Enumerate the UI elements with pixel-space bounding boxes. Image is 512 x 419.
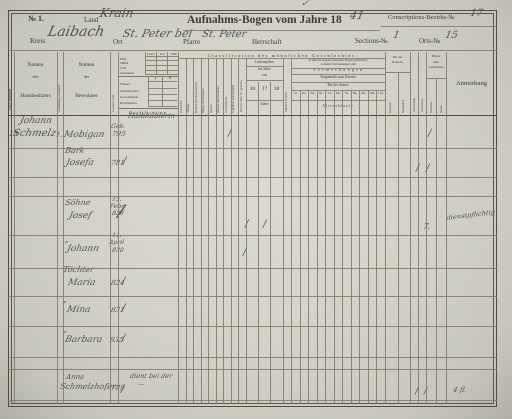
vormerk-col-0: 1te — [291, 92, 300, 96]
bezirk-value: 17 — [469, 9, 484, 19]
stand-row-4: Hausbesitzer — [120, 101, 148, 107]
vormerk-foot: Altersklasse — [291, 104, 385, 108]
pferde-head1: Pferde — [426, 55, 446, 59]
pfarre-value: St. Peter — [201, 30, 247, 40]
grid-line-horizontal — [178, 58, 385, 59]
grid-line-horizontal — [8, 196, 497, 197]
check-mark: ✓ — [300, 0, 309, 9]
orts-value: 15 — [444, 31, 459, 41]
resident-name: Mobigan — [63, 131, 105, 140]
resident-name: Anna — [65, 374, 85, 381]
conscription-sheet: № 1. Land Krain ✓ Aufnahms-Bogen vom Jah… — [0, 0, 512, 419]
grid-line-vertical — [208, 58, 209, 404]
grid-line-vertical — [283, 58, 284, 404]
belagstand-grid: Lebd. Tod 1840 Ehen Militär Civil Zusamm… — [118, 52, 179, 77]
col-haus-nummer: Haus-Nummer — [9, 58, 13, 110]
vormerk-col-6: 7te — [342, 92, 351, 96]
leb-sub2: von — [246, 74, 283, 78]
grid-line-vertical — [57, 52, 58, 404]
resident-name: Barbara — [64, 336, 103, 345]
grid-line-vertical — [223, 58, 224, 404]
grid-line-horizontal — [291, 82, 385, 83]
grid-line-vertical — [446, 52, 447, 404]
grid-line-vertical — [291, 58, 292, 404]
col-residents-l1: Namen — [63, 62, 110, 68]
col-abwesende: Abwesende — [413, 57, 416, 112]
grid-line-horizontal — [8, 400, 497, 401]
owner-name-line2: Schmelz — [12, 129, 57, 139]
grid-line-horizontal — [385, 72, 410, 73]
reserve-head2: Reserve — [385, 61, 410, 65]
leb-age-col-2: 18 — [273, 86, 281, 92]
col-gestorbene: Gestorbene — [421, 57, 424, 112]
col-category-5: Häusler und Inwohner — [217, 60, 220, 113]
col-owner-l2: des — [14, 75, 57, 80]
tally-mark: / — [123, 157, 126, 167]
grid-line-horizontal — [246, 100, 283, 101]
pfarre-label: Pfarre — [183, 39, 200, 47]
land-value: Krain — [99, 7, 135, 19]
vormerk-spaced: V o r m e r k u n g e n — [291, 69, 385, 73]
grid-line-vertical — [63, 52, 64, 404]
col-category-2: Beamte und Honoratioren — [195, 60, 198, 113]
grid-line-vertical — [178, 52, 179, 404]
title-year: 41 — [349, 10, 365, 21]
grid-line-vertical — [258, 82, 259, 404]
tally-mark: / — [263, 220, 266, 230]
grid-line-horizontal — [246, 66, 283, 67]
vormerk-col-3: 4te — [317, 92, 326, 96]
vormerk-col-10: 11te — [376, 92, 385, 96]
grid-line-horizontal — [8, 50, 497, 51]
kreis-value: Laibach — [47, 25, 106, 39]
grid-line-horizontal — [8, 235, 497, 236]
grid-line-vertical — [410, 52, 411, 404]
vormerk-col-7: 8te — [351, 92, 360, 96]
form-title: Aufnahms-Bogen vom Jahre 18 — [187, 14, 342, 27]
leb-sub1: Im Jahre — [246, 68, 283, 72]
stand-grid: A B Priester Grundbesitzer Gewerbsleute … — [118, 76, 179, 108]
orts-label: Orts-№ — [419, 38, 440, 46]
grid-line-vertical — [238, 58, 239, 404]
grid-line-vertical — [385, 52, 386, 404]
bezirk-underline — [381, 26, 496, 27]
vormerk-col-1: 2te — [300, 92, 309, 96]
reserve-col-2: Beurlaubte — [402, 74, 405, 113]
grid-line-horizontal — [8, 357, 497, 358]
vormerk-sub: Vorgemerkt zum Dienste — [291, 76, 385, 80]
grid-line-vertical — [270, 82, 271, 404]
col-wohnungs-nummer: Wohnungs-Nummer — [58, 58, 61, 112]
pferde-head2: zum — [426, 61, 446, 65]
grid-line-vertical — [418, 52, 419, 404]
resident-name: Mina — [66, 306, 91, 315]
vormerk-sub2: Bei der Armee — [291, 84, 385, 88]
col-category-4: Bauern — [210, 60, 213, 113]
resident-name: Josefa — [65, 159, 95, 168]
resident-name: Maria — [67, 279, 96, 288]
col-category-6: Gewerbsleute — [225, 60, 228, 113]
grid-line-horizontal — [291, 68, 385, 69]
kreis-label: Kreis — [30, 38, 45, 46]
bezirk-label: Conscriptions-Bezirks-№ — [388, 14, 455, 21]
pferde-head3: Gebrauche — [426, 66, 446, 70]
vormerk-col-4: 5te — [325, 92, 334, 96]
vormerk-col-5: 6te — [334, 92, 343, 96]
service-note-line2: — — [137, 381, 145, 388]
classification-banner: Classification des männlichen Geschlecht… — [178, 53, 385, 58]
grid-line-horizontal — [8, 268, 497, 269]
resident-name: Josef — [68, 212, 92, 221]
pferde-col-1: Wallache — [430, 81, 433, 113]
grid-line-horizontal — [291, 100, 385, 101]
qualification-entry: Halbhüblerin — [127, 113, 175, 120]
group-label: Söhne — [64, 199, 91, 207]
leb-head: Lebensjahre — [246, 60, 283, 64]
resident-surname: Schmelzhofer — [59, 383, 116, 391]
vormerk-col-8: 9te — [359, 92, 368, 96]
tally-mark: / — [122, 304, 125, 314]
pferde-col-2: Stuten — [440, 81, 443, 113]
col-geburtsjahr: Geburts-Jahr — [112, 58, 115, 112]
grid-line-horizontal — [426, 78, 446, 79]
sections-label: Sections-№ — [355, 38, 388, 46]
grid-line-horizontal — [8, 177, 497, 178]
grid-line-horizontal — [8, 296, 497, 297]
grid-line-vertical — [193, 58, 194, 404]
owner-name-line1: Johann — [19, 117, 53, 126]
col-residents-l2: der — [63, 75, 110, 80]
col-owner-l1: Namen — [14, 62, 57, 68]
col-owner-l3: Hausbesitzers — [14, 93, 57, 99]
grid-line-vertical — [426, 52, 427, 404]
grid-line-horizontal — [8, 148, 497, 149]
leb-foot: Jahre — [246, 102, 283, 106]
col-category-3: Bürger und Künstler — [202, 60, 205, 113]
grid-line-vertical — [246, 58, 247, 404]
grid-line-vertical — [118, 52, 119, 404]
service-note-line1: dient bei der — [129, 373, 173, 380]
anmerkung-header: Anmerkung — [446, 80, 497, 87]
header-bottom-rule — [8, 115, 497, 117]
col-mid-rot: Militär-Urlauber — [285, 60, 288, 112]
belagstand-box: Lebd. Tod 1840 Ehen Militär Civil Zusamm… — [118, 52, 178, 115]
grid-line-vertical — [436, 78, 437, 404]
vormerk-head2: verfaßten Vormerkungen sind — [291, 63, 385, 66]
tally-mark: / — [428, 129, 431, 139]
col-leb-rot: Wer im Jahre 18.. geboren — [240, 60, 243, 112]
grid-line-vertical — [14, 52, 15, 404]
remark-entry: 4 fl. — [452, 387, 467, 394]
leb-age-col-1: 17 — [261, 86, 269, 92]
grid-line-horizontal — [291, 74, 385, 75]
col-category-7: Taglöhner und Knechte — [232, 60, 235, 113]
sheet-number: № 1. — [28, 15, 44, 24]
tally-mark: / — [122, 277, 125, 287]
col-category-1: Adelige — [187, 60, 190, 113]
vormerk-col-2: 3te — [308, 92, 317, 96]
belag-row-4: Zusammen — [120, 71, 145, 76]
grid-line-vertical — [110, 52, 111, 404]
herrschaft-label: Herrschaft — [252, 39, 282, 47]
tally-mark: / — [121, 385, 124, 395]
vormerk-col-9: 10te — [368, 92, 377, 96]
leb-age-col-0: 16 — [249, 86, 257, 92]
grid-line-vertical — [398, 72, 399, 404]
col-residents-l3: Bewohner — [63, 93, 110, 99]
col-category-0: Geistliche — [180, 60, 183, 113]
tally-mark: / — [122, 334, 125, 344]
grid-line-horizontal — [8, 326, 497, 327]
grid-line-horizontal — [246, 80, 283, 81]
reserve-col-1: Gediente — [389, 74, 392, 113]
resident-name: Johann — [66, 245, 100, 254]
grid-line-horizontal — [8, 369, 497, 370]
ort-label: Ort — [113, 39, 122, 47]
